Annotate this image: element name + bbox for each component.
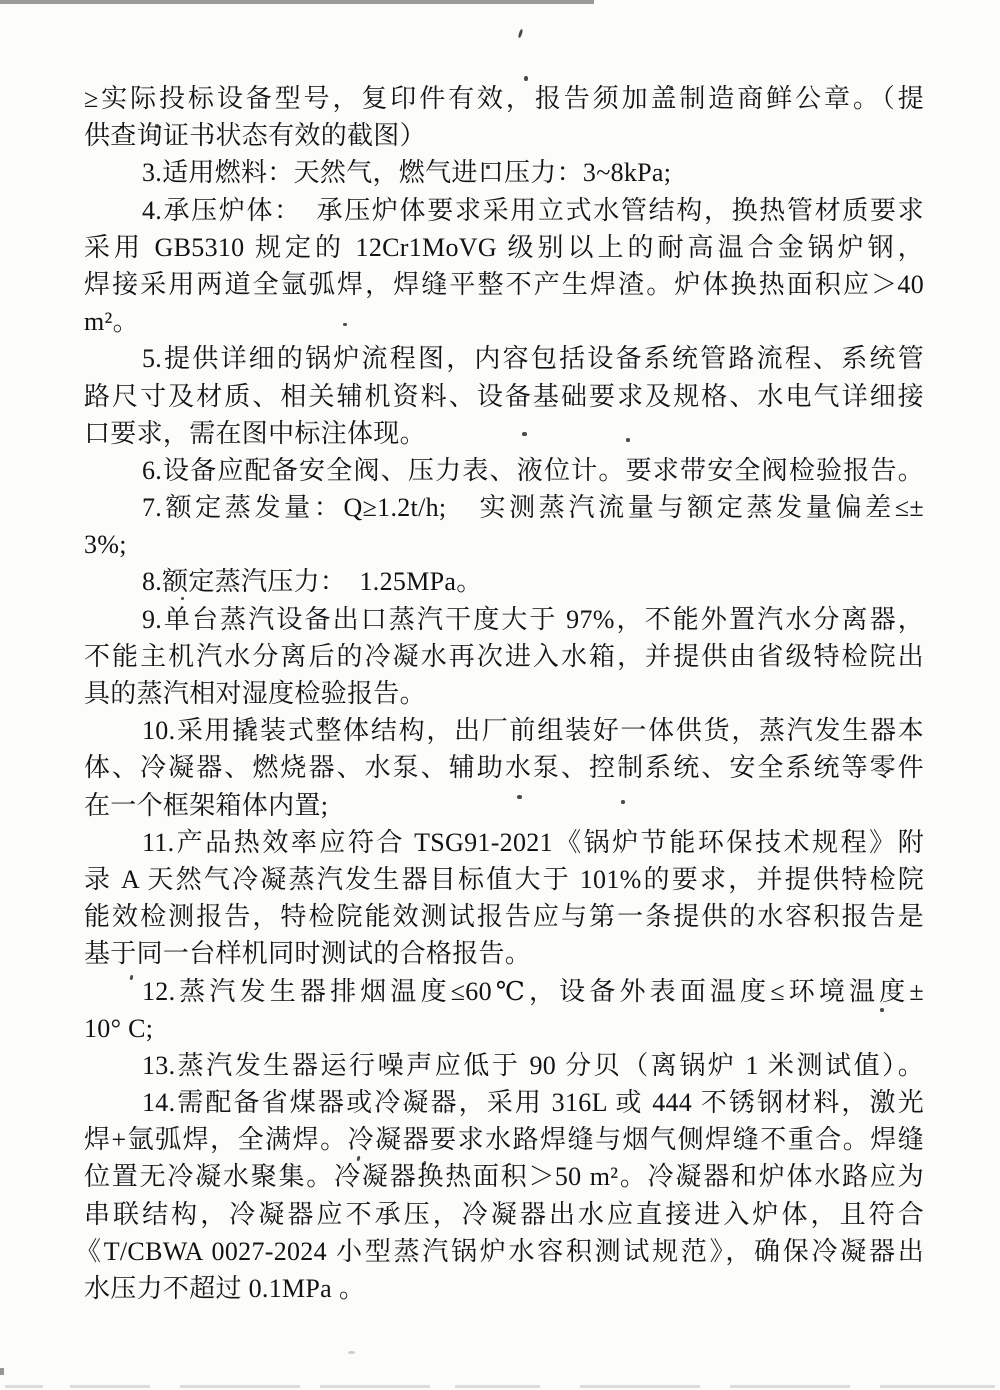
text-line: 4.承压炉体： 承压炉体要求采用立式水管结构，换热管材质要求 [84,192,924,229]
text-line: 14.需配备省煤器或冷凝器，采用 316L 或 444 不锈钢材料，激光 [84,1084,924,1121]
scanned-document-page: ≥实际投标设备型号，复印件有效，报告须加盖制造商鲜公章。（提供查询证书状态有效的… [0,0,1000,1390]
text-line: 基于同一台样机同时测试的合格报告。 [84,935,924,972]
scan-edge-artifact-bottom [880,1385,995,1388]
text-line: ≥实际投标设备型号，复印件有效，报告须加盖制造商鲜公章。（提 [84,80,924,117]
scan-speck [518,29,524,38]
text-line: 7.额定蒸发量：Q≥1.2t/h; 实测蒸汽流量与额定蒸发量偏差≤± [84,489,924,526]
text-line: 录 A 天然气冷凝蒸汽发生器目标值大于 101%的要求，并提供特检院 [84,861,924,898]
text-line: 5.提供详细的锅炉流程图，内容包括设备系统管路流程、系统管 [84,340,924,377]
text-line: 10.采用撬装式整体结构，出厂前组装好一体供货，蒸汽发生器本 [84,712,924,749]
scan-edge-artifact-left [0,1368,4,1375]
text-line: m²。 [84,303,924,340]
scan-speck [880,1008,884,1012]
text-line: 口要求，需在图中标注体现。 [84,415,924,452]
text-line: 能效检测报告，特检院能效测试报告应与第一条提供的水容积报告是 [84,898,924,935]
scan-speck [181,597,184,600]
scan-speck [621,800,625,804]
text-line: 11.产品热效率应符合 TSG91-2021《锅炉节能环保技术规程》附 [84,824,924,861]
scan-speck [669,86,673,89]
text-line: 《T/CBWA 0027-2024 小型蒸汽锅炉水容积测试规范》，确保冷凝器出 [75,1233,924,1270]
text-line: 串联结构，冷凝器应不承压，冷凝器出水应直接进入炉体，且符合 [84,1196,924,1233]
text-line: 具的蒸汽相对湿度检验报告。 [84,675,924,712]
text-line: 焊接采用两道全氩弧焊，焊缝平整不产生焊渣。炉体换热面积应＞40 [84,266,924,303]
text-line: 不能主机汽水分离后的冷凝水再次进入水箱，并提供由省级特检院出 [84,638,924,675]
scan-edge-artifact-bottom [320,1385,430,1388]
scan-speck [348,1351,355,1354]
scan-edge-artifact-bottom [70,1385,150,1388]
scan-edge-artifact-bottom [730,1385,850,1388]
scan-speck [626,438,630,442]
text-line: 位置无冷凝水聚集。冷凝器换热面积＞50 m²。冷凝器和炉体水路应为 [84,1158,924,1195]
scan-edge-artifact-bottom [580,1385,700,1388]
scan-speck [486,165,490,169]
text-line: 采用 GB5310 规定的 12Cr1MoVG 级别以上的耐高温合金锅炉钢， [84,229,924,266]
text-line: 体、冷凝器、燃烧器、水泵、辅助水泵、控制系统、安全系统等零件 [84,749,924,786]
scan-speck [155,124,159,128]
scan-speck [524,76,528,81]
text-line: 焊+氩弧焊，全满焊。冷凝器要求水路焊缝与烟气侧焊缝不重合。焊缝 [84,1121,924,1158]
text-line: 水压力不超过 0.1MPa 。 [84,1270,924,1307]
scan-edge-artifact-bottom [5,1385,43,1388]
text-line: 12.蒸汽发生器排烟温度≤60℃，设备外表面温度≤环境温度± [84,973,924,1010]
text-line: 在一个框架箱体内置; [84,787,924,824]
text-line: 13.蒸汽发生器运行噪声应低于 90 分贝（离锅炉 1 米测试值）。 [84,1047,924,1084]
scan-edge-artifact-bottom [455,1385,540,1388]
text-line: 9.单台蒸汽设备出口蒸汽干度大于 97%，不能外置汽水分离器， [84,601,924,638]
scan-speck [522,432,527,436]
scan-edge-artifact-top [0,0,594,4]
text-line: 路尺寸及材质、相关辅机资料、设备基础要求及规格、水电气详细接 [84,378,924,415]
text-line: 供查询证书状态有效的截图） [84,117,924,154]
text-line: 8.额定蒸汽压力： 1.25MPa。 [84,563,924,600]
scan-speck [343,323,347,326]
text-line: 6.设备应配备安全阀、压力表、液位计。要求带安全阀检验报告。 [84,452,924,489]
text-line: 3%; [84,526,924,563]
document-text-block: ≥实际投标设备型号，复印件有效，报告须加盖制造商鲜公章。（提供查询证书状态有效的… [84,80,924,1307]
text-line: 3.适用燃料：天然气，燃气进口压力：3~8kPa; [84,154,924,191]
scan-speck [517,795,522,799]
scan-speck [836,1059,839,1062]
scan-edge-artifact-bottom [180,1385,300,1388]
text-line: 10° C; [84,1010,924,1047]
